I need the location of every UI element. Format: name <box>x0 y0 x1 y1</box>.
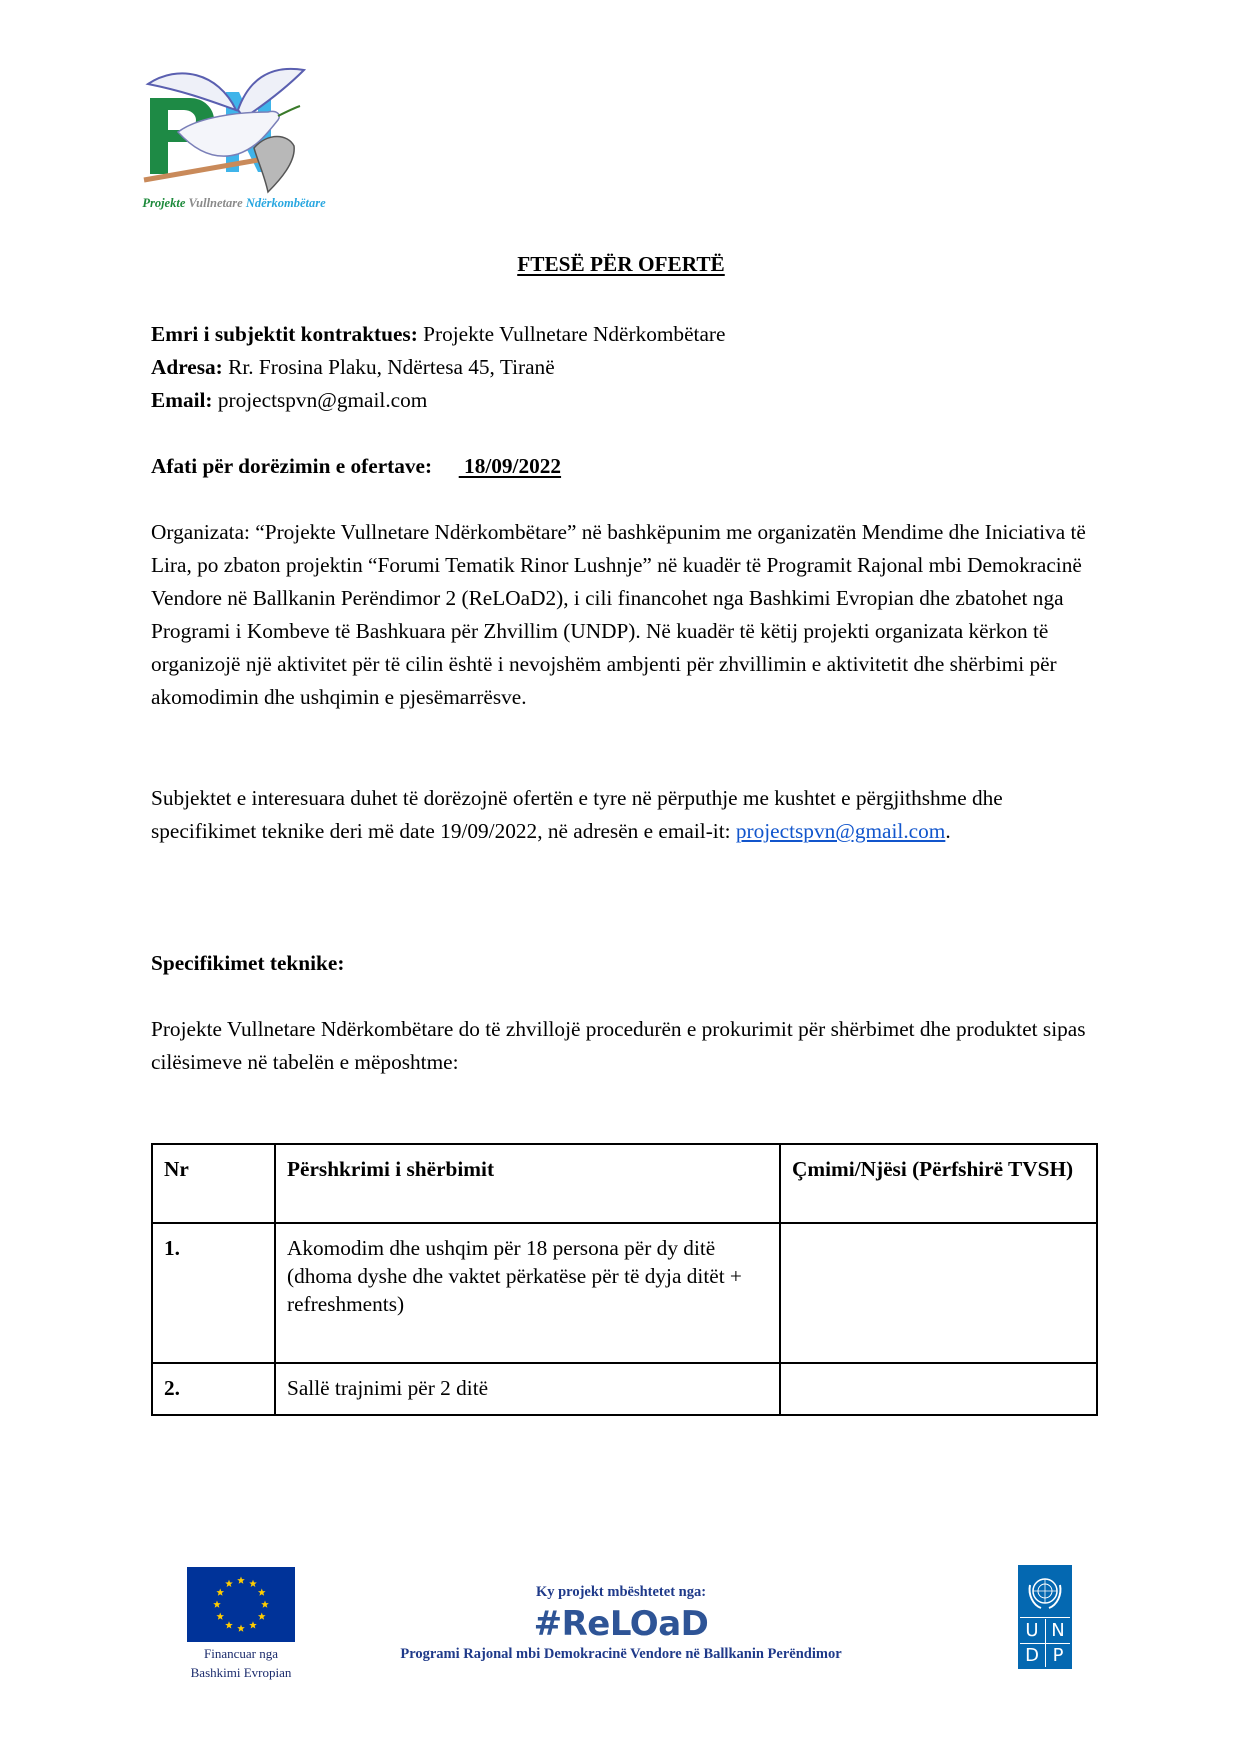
contractor-info: Emri i subjektit kontraktues: Projekte V… <box>151 318 725 417</box>
dove-shovel-logo-icon <box>118 62 350 214</box>
table-row: 1. Akomodim dhe ushqim për 18 persona pë… <box>152 1223 1097 1363</box>
logo-caption-word-1: Projekte <box>142 196 185 210</box>
address-line: Adresa: Rr. Frosina Plaku, Ndërtesa 45, … <box>151 351 725 384</box>
row-description: Sallë trajnimi për 2 ditë <box>275 1363 780 1415</box>
logo-caption-word-3: Ndërkombëtare <box>246 196 326 210</box>
logo-caption-word-2: Vullnetare <box>189 196 243 210</box>
deadline-label: Afati për dorëzimin e ofertave: <box>151 454 432 478</box>
entity-line: Emri i subjektit kontraktues: Projekte V… <box>151 318 725 351</box>
row-nr: 1. <box>152 1223 275 1363</box>
row-price-cell[interactable] <box>780 1223 1097 1363</box>
deadline-date: 18/09/2022 <box>459 454 561 478</box>
submission-paragraph: Subjektet e interesuara duhet të dorëzoj… <box>151 782 1101 848</box>
logo-caption: Projekte Vullnetare Ndërkombëtare <box>118 196 350 211</box>
organization-logo <box>118 62 350 214</box>
undp-logo: U N D P <box>1018 1565 1072 1669</box>
eu-caption-line2: Bashkimi Evropian <box>170 1663 312 1682</box>
email-link[interactable]: projectspvn@gmail.com <box>736 819 945 843</box>
address-value: Rr. Frosina Plaku, Ndërtesa 45, Tiranë <box>228 355 555 379</box>
header-price: Çmimi/Njësi (Përfshirë TVSH) <box>780 1144 1097 1223</box>
un-emblem-icon <box>1025 1571 1065 1611</box>
table-header-row: Nr Përshkrimi i shërbimit Çmimi/Njësi (P… <box>152 1144 1097 1223</box>
undp-letter-n: N <box>1046 1621 1070 1641</box>
entity-value: Projekte Vullnetare Ndërkombëtare <box>423 322 725 346</box>
specifications-heading: Specifikimet teknike: <box>151 947 344 980</box>
specifications-table: Nr Përshkrimi i shërbimit Çmimi/Njësi (P… <box>151 1143 1098 1416</box>
email-value: projectspvn@gmail.com <box>218 388 427 412</box>
header-nr: Nr <box>152 1144 275 1223</box>
undp-letter-u: U <box>1020 1621 1044 1641</box>
procurement-paragraph: Projekte Vullnetare Ndërkombëtare do të … <box>151 1013 1101 1079</box>
undp-letter-d: D <box>1020 1646 1044 1666</box>
row-nr: 2. <box>152 1363 275 1415</box>
entity-label: Emri i subjektit kontraktues: <box>151 322 418 346</box>
deadline-line: Afati për dorëzimin e ofertave: 18/09/20… <box>151 450 561 483</box>
email-label: Email: <box>151 388 213 412</box>
row-description: Akomodim dhe ushqim për 18 persona për d… <box>275 1223 780 1363</box>
submission-period: . <box>945 819 950 843</box>
row-price-cell[interactable] <box>780 1363 1097 1415</box>
undp-letter-p: P <box>1046 1646 1070 1666</box>
header-description: Përshkrimi i shërbimit <box>275 1144 780 1223</box>
email-line: Email: projectspvn@gmail.com <box>151 384 725 417</box>
document-title: FTESË PËR OFERTË <box>0 252 1242 277</box>
table-row: 2. Sallë trajnimi për 2 ditë <box>152 1363 1097 1415</box>
address-label: Adresa: <box>151 355 223 379</box>
intro-paragraph: Organizata: “Projekte Vullnetare Ndërkom… <box>151 516 1101 714</box>
